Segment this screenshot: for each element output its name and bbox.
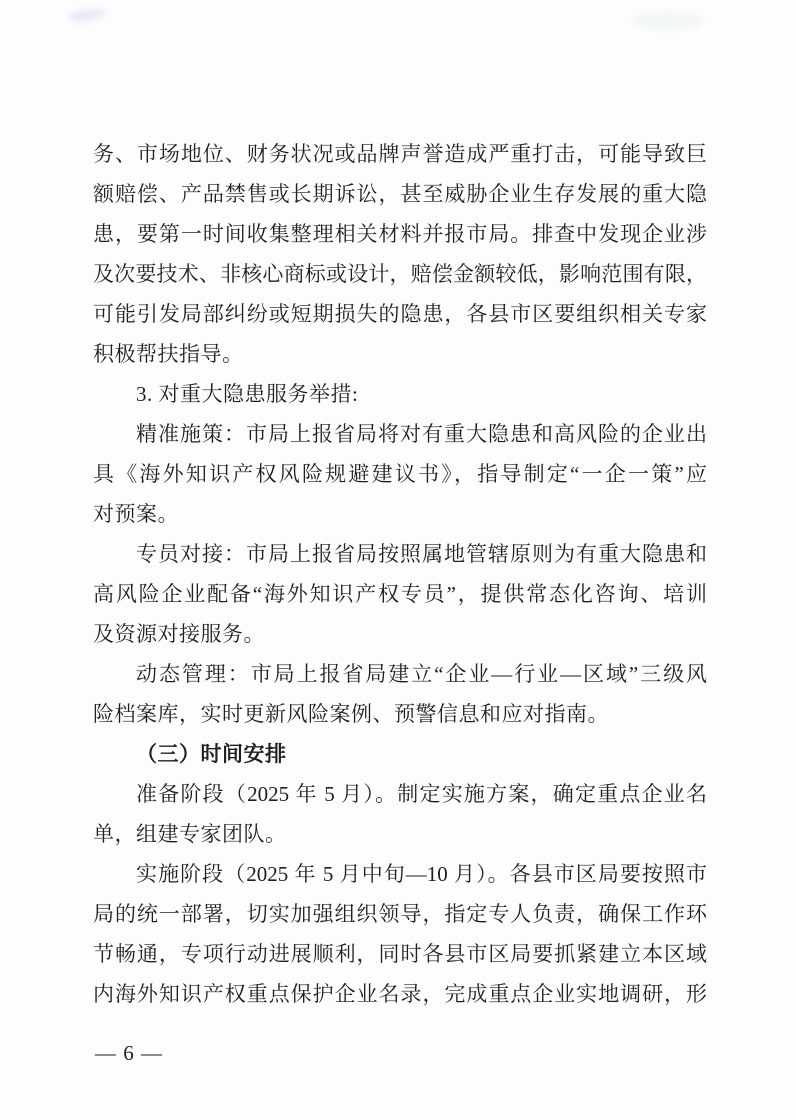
text-line: 准备阶段（2025 年 5 月）。制定实施方案，确定重点企业名	[93, 774, 707, 814]
text-line: 患，要第一时间收集整理相关材料并报市局。排查中发现企业涉	[93, 214, 707, 254]
text-line: 局的统一部署，切实加强组织领导，指定专人负责，确保工作环	[93, 894, 707, 934]
text-line: 对预案。	[93, 494, 707, 534]
text-line: 险档案库，实时更新风险案例、预警信息和应对指南。	[93, 694, 707, 734]
text-line: 额赔偿、产品禁售或长期诉讼，甚至威胁企业生存发展的重大隐	[93, 174, 707, 214]
text-line: 实施阶段（2025 年 5 月中旬—10 月）。各县市区局要按照市	[93, 854, 707, 894]
text-line: 及次要技术、非核心商标或设计，赔偿金额较低，影响范围有限，	[93, 254, 707, 294]
document-page: 务、市场地位、财务状况或品牌声誉造成严重打击，可能导致巨额赔偿、产品禁售或长期诉…	[0, 0, 796, 1120]
document-body: 务、市场地位、财务状况或品牌声誉造成严重打击，可能导致巨额赔偿、产品禁售或长期诉…	[93, 134, 707, 1014]
text-line: 专员对接：市局上报省局按照属地管辖原则为有重大隐患和	[93, 534, 707, 574]
text-line: 单，组建专家团队。	[93, 814, 707, 854]
scan-artifact-left	[67, 6, 106, 23]
text-line: 具《海外知识产权风险规避建议书》，指导制定“一企一策”应	[93, 454, 707, 494]
text-line: 及资源对接服务。	[93, 614, 707, 654]
page-number: — 6 —	[95, 1041, 163, 1065]
text-line: 高风险企业配备“海外知识产权专员”，提供常态化咨询、培训	[93, 574, 707, 614]
text-line: 精准施策：市局上报省局将对有重大隐患和高风险的企业出	[93, 414, 707, 454]
text-line: 节畅通，专项行动进展顺利，同时各县市区局要抓紧建立本区域	[93, 934, 707, 974]
text-line: 务、市场地位、财务状况或品牌声誉造成严重打击，可能导致巨	[93, 134, 707, 174]
text-line: （三）时间安排	[93, 734, 707, 774]
text-line: 内海外知识产权重点保护企业名录，完成重点企业实地调研，形	[93, 974, 707, 1014]
text-line: 动态管理：市局上报省局建立“企业—行业—区域”三级风	[93, 654, 707, 694]
page-footer: — 6 —	[95, 1038, 163, 1068]
scan-artifact-right	[632, 12, 704, 30]
text-line: 可能引发局部纠纷或短期损失的隐患，各县市区要组织相关专家	[93, 294, 707, 334]
text-line: 积极帮扶指导。	[93, 334, 707, 374]
text-line: 3. 对重大隐患服务举措:	[93, 374, 707, 414]
